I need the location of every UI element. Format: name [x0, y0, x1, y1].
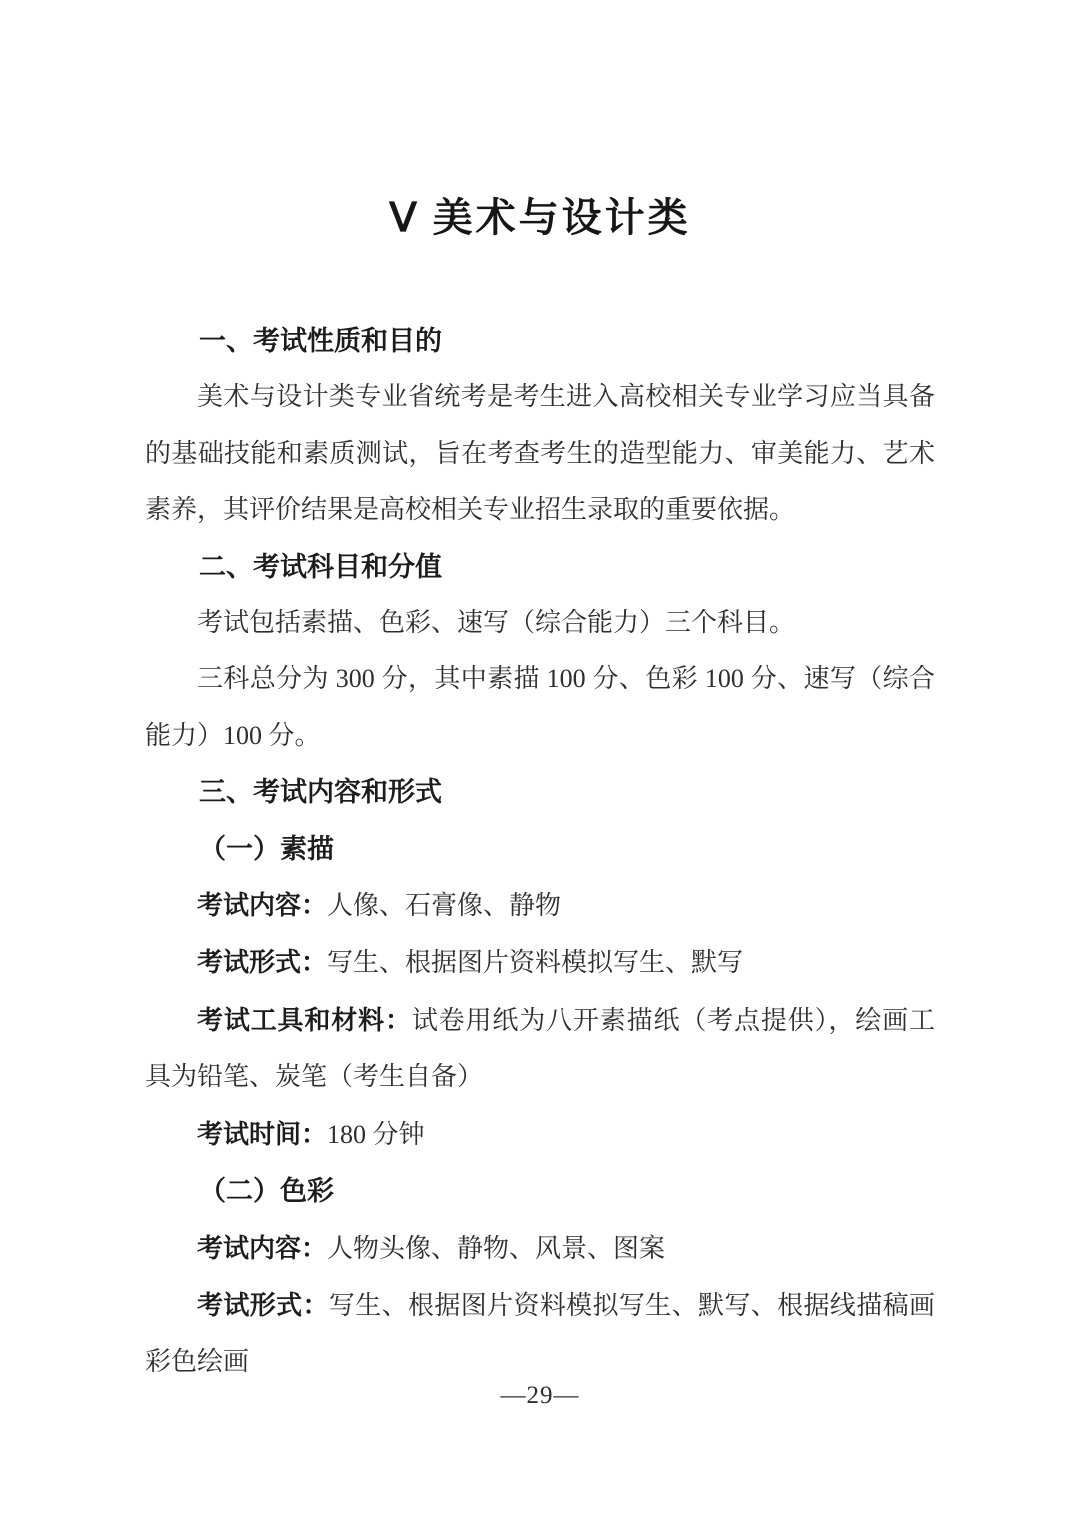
page-number: —29— — [0, 1382, 1080, 1410]
exam-item-label: 考试内容： — [197, 890, 327, 920]
paragraph-exam-nature: 美术与设计类专业省统考是考生进入高校相关专业学习应当具备的基础技能和素质测试，旨… — [145, 369, 935, 538]
subsection-heading-color: （二）色彩 — [145, 1163, 935, 1219]
subsection-heading-sketch: （一）素描 — [145, 821, 935, 877]
page-title: Ⅴ 美术与设计类 — [0, 186, 1080, 243]
exam-item-label: 考试工具和材料： — [197, 1005, 412, 1035]
paragraph-scores: 三科总分为 300 分，其中素描 100 分、色彩 100 分、速写（综合能力）… — [145, 651, 935, 764]
exam-item-label: 考试形式： — [197, 947, 327, 977]
section-heading-exam-nature: 一、考试性质和目的 — [145, 313, 935, 369]
document-body: 一、考试性质和目的 美术与设计类专业省统考是考生进入高校相关专业学习应当具备的基… — [145, 313, 935, 1391]
document-page: Ⅴ 美术与设计类 一、考试性质和目的 美术与设计类专业省统考是考生进入高校相关专… — [0, 0, 1080, 1527]
exam-item-label: 考试时间： — [197, 1119, 327, 1149]
section-heading-content-format: 三、考试内容和形式 — [145, 764, 935, 820]
exam-item-sketch-duration: 考试时间：180 分钟 — [145, 1106, 935, 1163]
exam-item-sketch-content: 考试内容：人像、石膏像、静物 — [145, 877, 935, 934]
exam-item-color-content: 考试内容：人物头像、静物、风景、图案 — [145, 1220, 935, 1277]
exam-item-sketch-format: 考试形式：写生、根据图片资料模拟写生、默写 — [145, 934, 935, 991]
exam-item-text: 人像、石膏像、静物 — [327, 891, 561, 920]
exam-item-text: 人物头像、静物、风景、图案 — [327, 1234, 665, 1263]
exam-item-label: 考试形式： — [197, 1290, 329, 1320]
exam-item-color-format: 考试形式：写生、根据图片资料模拟写生、默写、根据线描稿画彩色绘画 — [145, 1277, 935, 1391]
paragraph-subjects: 考试包括素描、色彩、速写（综合能力）三个科目。 — [145, 595, 935, 651]
exam-item-text: 写生、根据图片资料模拟写生、默写 — [327, 948, 743, 977]
section-heading-subjects-scores: 二、考试科目和分值 — [145, 539, 935, 595]
exam-item-label: 考试内容： — [197, 1233, 327, 1263]
exam-item-text: 180 分钟 — [327, 1120, 425, 1149]
exam-item-sketch-tools: 考试工具和材料：试卷用纸为八开素描纸（考点提供），绘画工具为铅笔、炭笔（考生自备… — [145, 992, 935, 1106]
